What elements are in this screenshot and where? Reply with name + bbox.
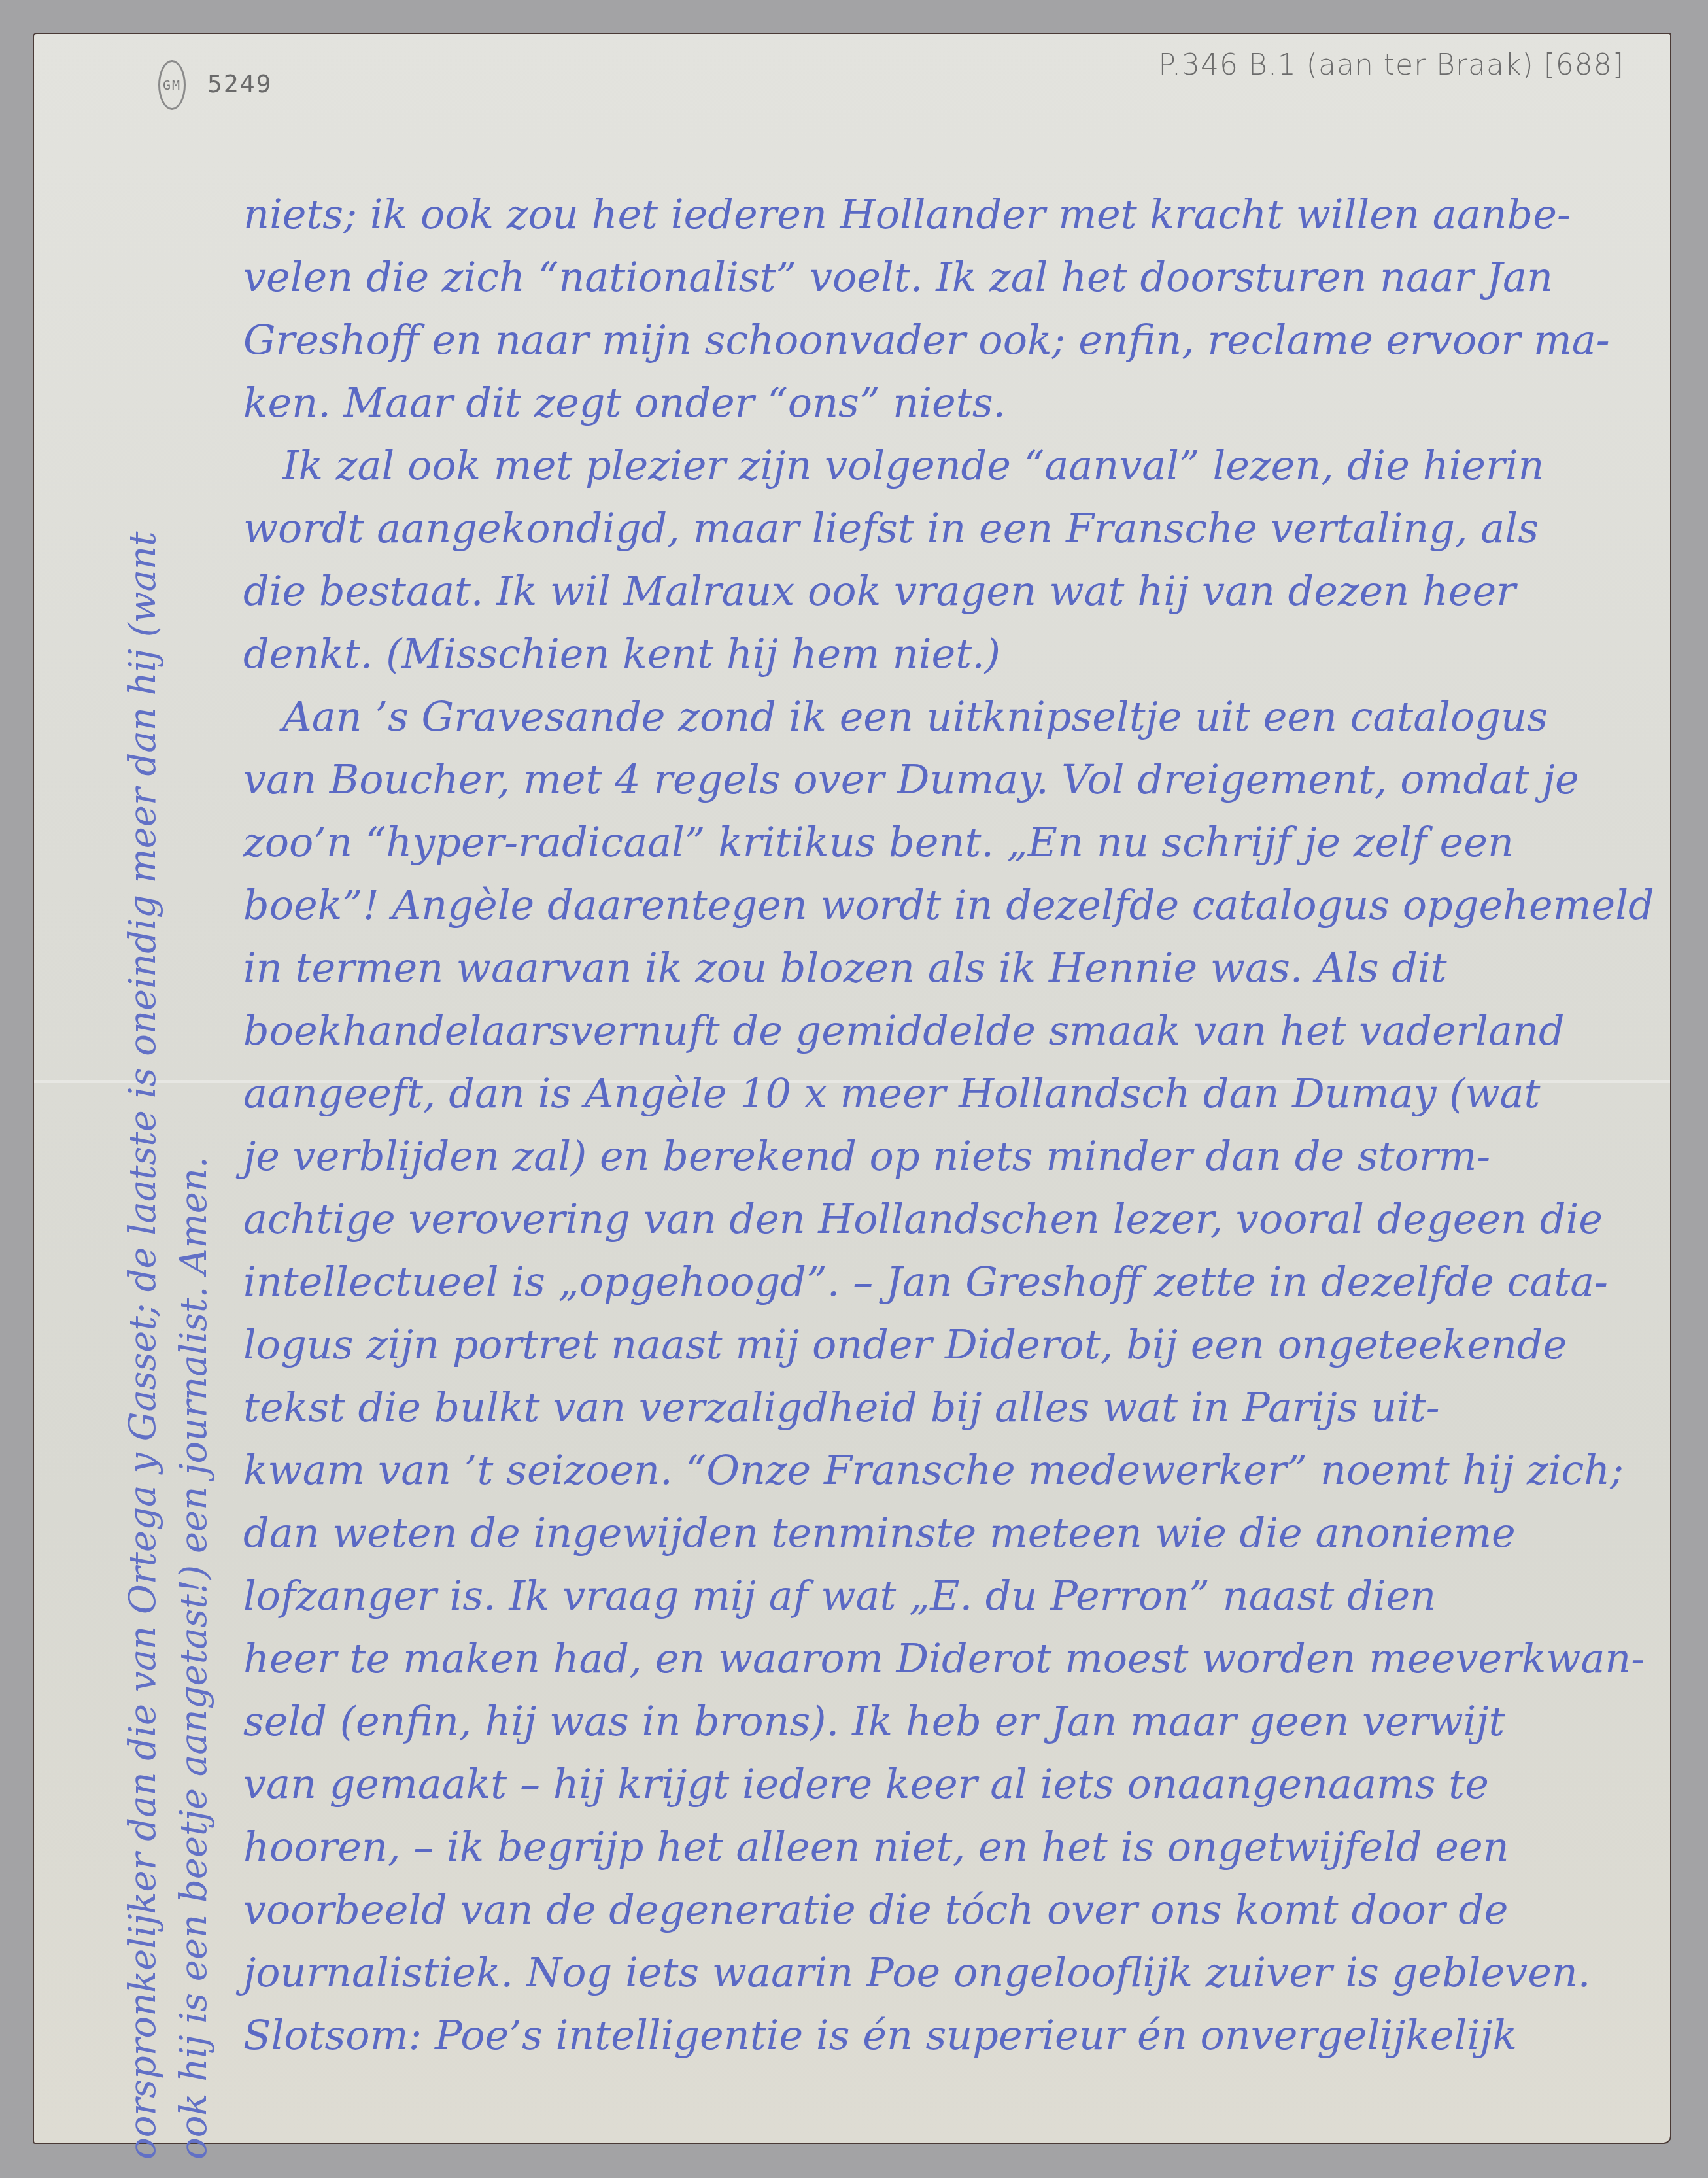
letter-line: lofzanger is. Ik vraag mij af wat „E. du… bbox=[243, 1564, 1649, 1627]
letter-line: hooren, – ik begrijp het alleen niet, en… bbox=[243, 1816, 1649, 1878]
letter-line: velen die zich “nationalist” voelt. Ik z… bbox=[243, 246, 1649, 309]
letter-line: seld (enfin, hij was in brons). Ik heb e… bbox=[243, 1690, 1649, 1753]
letter-line: zoo’n “hyper-radicaal” kritikus bent. „E… bbox=[243, 811, 1649, 874]
letter-line: Ik zal ook met plezier zijn volgende “aa… bbox=[243, 434, 1649, 497]
letter-body: niets; ik ook zou het iederen Hollander … bbox=[243, 183, 1649, 2067]
letter-line: boekhandelaarsvernuft de gemiddelde smaa… bbox=[243, 999, 1649, 1062]
letter-line: achtige verovering van den Hollandschen … bbox=[243, 1188, 1649, 1251]
letter-line: logus zijn portret naast mij onder Dider… bbox=[243, 1313, 1649, 1376]
letter-line: Greshoff en naar mijn schoonvader ook; e… bbox=[243, 309, 1649, 372]
letter-line: je verblijden zal) en berekend op niets … bbox=[243, 1125, 1649, 1188]
letter-line: wordt aangekondigd, maar liefst in een F… bbox=[243, 497, 1649, 560]
letter-line: aangeeft, dan is Angèle 10 x meer Hollan… bbox=[243, 1062, 1649, 1125]
archive-stamp-number: 5249 bbox=[207, 69, 273, 98]
letter-line: voorbeeld van de degeneratie die tóch ov… bbox=[243, 1878, 1649, 1941]
letter-line: kwam van ’t seizoen. “Onze Fransche mede… bbox=[243, 1439, 1649, 1502]
letter-line: niets; ik ook zou het iederen Hollander … bbox=[243, 183, 1649, 246]
letter-line: journalistiek. Nog iets waarin Poe ongel… bbox=[243, 1941, 1649, 2004]
margin-note-line: oorspronkelijker dan die van Ortega y Ga… bbox=[118, 532, 169, 2160]
letter-line: van gemaakt – hij krijgt iedere keer al … bbox=[243, 1753, 1649, 1816]
archive-stamp-mark: GM bbox=[158, 60, 186, 110]
letter-line: ken. Maar dit zegt onder “ons” niets. bbox=[243, 372, 1649, 434]
letter-line: van Boucher, met 4 regels over Dumay. Vo… bbox=[243, 748, 1649, 811]
letter-page: GM 5249 P.346 B.1 (aan ter Braak) [688] … bbox=[33, 33, 1671, 2144]
letter-line: intellectueel is „opgehoogd”. – Jan Gres… bbox=[243, 1251, 1649, 1313]
letter-line: tekst die bulkt van verzaligdheid bij al… bbox=[243, 1376, 1649, 1439]
letter-line: die bestaat. Ik wil Malraux ook vragen w… bbox=[243, 560, 1649, 623]
margin-note: oorspronkelijker dan die van Ortega y Ga… bbox=[118, 532, 220, 2160]
letter-line: heer te maken had, en waarom Diderot moe… bbox=[243, 1627, 1649, 1690]
margin-note-line: ook hij is een beetje aangetast!) een jo… bbox=[169, 532, 220, 2160]
archive-reference: P.346 B.1 (aan ter Braak) [688] bbox=[1158, 48, 1624, 82]
letter-line: dan weten de ingewijden tenminste meteen… bbox=[243, 1502, 1649, 1564]
letter-line: in termen waarvan ik zou blozen als ik H… bbox=[243, 937, 1649, 999]
archive-stamp: GM 5249 bbox=[158, 60, 272, 110]
letter-line: denkt. (Misschien kent hij hem niet.) bbox=[243, 623, 1649, 685]
letter-line: Slotsom: Poe’s intelligentie is én super… bbox=[243, 2004, 1649, 2067]
letter-line: boek”! Angèle daarentegen wordt in dezel… bbox=[243, 874, 1649, 937]
letter-line: Aan ’s Gravesande zond ik een uitknipsel… bbox=[243, 685, 1649, 748]
